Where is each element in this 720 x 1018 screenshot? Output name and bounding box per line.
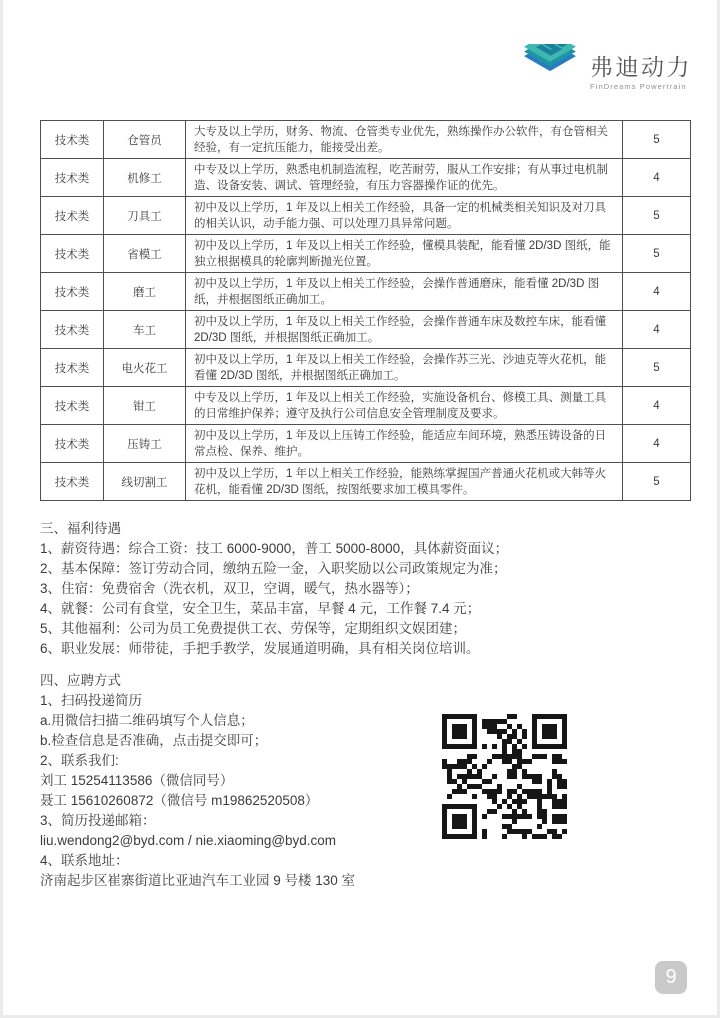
cell-position: 机修工 bbox=[104, 159, 186, 197]
cell-requirements: 初中及以上学历，1 年及以上相关工作经验，会操作普通磨床，能看懂 2D/3D 图… bbox=[186, 273, 623, 311]
cell-category: 技术类 bbox=[41, 349, 104, 387]
cell-headcount: 4 bbox=[623, 159, 691, 197]
apply-line: 1、扫码投递简历 bbox=[40, 691, 685, 711]
cell-headcount: 5 bbox=[623, 197, 691, 235]
apply-line: 4、联系地址： bbox=[40, 851, 685, 871]
cell-category: 技术类 bbox=[41, 121, 104, 159]
table-row: 技术类 钳工 中专及以上学历，1 年及以上相关工作经验，实施设备机台、修模工具、… bbox=[41, 387, 691, 425]
cell-position: 车工 bbox=[104, 311, 186, 349]
welfare-item: 6、职业发展：师带徒，手把手教学，发展通道明确，具有相关岗位培训。 bbox=[40, 639, 685, 659]
table-row: 技术类 车工 初中及以上学历，1 年及以上相关工作经验，会操作普通车床及数控车床… bbox=[41, 311, 691, 349]
cell-headcount: 4 bbox=[623, 311, 691, 349]
cell-requirements: 初中及以上学历，1 年及以上相关工作经验，会操作普通车床及数控车床，能看懂 2D… bbox=[186, 311, 623, 349]
table-row: 技术类 机修工 中专及以上学历，熟悉电机制造流程，吃苦耐劳，服从工作安排；有从事… bbox=[41, 159, 691, 197]
cell-position: 仓管员 bbox=[104, 121, 186, 159]
cell-position: 压铸工 bbox=[104, 425, 186, 463]
apply-line: liu.wendong2@byd.com / nie.xiaoming@byd.… bbox=[40, 831, 685, 851]
apply-line: 2、联系我们: bbox=[40, 751, 685, 771]
cell-category: 技术类 bbox=[41, 197, 104, 235]
cell-category: 技术类 bbox=[41, 235, 104, 273]
table-row: 技术类 线切割工 初中及以上学历，1 年以上相关工作经验，能熟练掌握国产普通火花… bbox=[41, 463, 691, 501]
cell-headcount: 4 bbox=[623, 425, 691, 463]
welfare-item: 2、基本保障：签订劳动合同，缴纳五险一金，入职奖励以公司政策规定为准； bbox=[40, 559, 685, 579]
table-row: 技术类 仓管员 大专及以上学历，财务、物流、仓管类专业优先，熟练操作办公软件，有… bbox=[41, 121, 691, 159]
logo-subtitle: FinDreams Powertrain bbox=[590, 82, 692, 91]
cell-category: 技术类 bbox=[41, 387, 104, 425]
cell-headcount: 5 bbox=[623, 349, 691, 387]
table-row: 技术类 压铸工 初中及以上学历，1 年及以上压铸工作经验，能适应车间环境，熟悉压… bbox=[41, 425, 691, 463]
table-row: 技术类 省模工 初中及以上学历，1 年及以上相关工作经验，懂模具装配，能看懂 2… bbox=[41, 235, 691, 273]
apply-line: a.用微信扫描二维码填写个人信息； bbox=[40, 711, 685, 731]
table-row: 技术类 磨工 初中及以上学历，1 年及以上相关工作经验，会操作普通磨床，能看懂 … bbox=[41, 273, 691, 311]
welfare-item: 4、就餐：公司有食堂，安全卫生，菜品丰富，早餐 4 元，工作餐 7.4 元； bbox=[40, 599, 685, 619]
cell-category: 技术类 bbox=[41, 425, 104, 463]
apply-line: 刘工 15254113586（微信同号） bbox=[40, 771, 685, 791]
cell-requirements: 大专及以上学历，财务、物流、仓管类专业优先，熟练操作办公软件，有仓管相关经验，有… bbox=[186, 121, 623, 159]
cell-requirements: 中专及以上学历，1 年及以上相关工作经验，实施设备机台、修模工具、测量工具的日常… bbox=[186, 387, 623, 425]
company-logo: 弗迪动力 FinDreams Powertrain bbox=[518, 44, 692, 100]
cell-requirements: 初中及以上学历，1 年及以上相关工作经验，懂模具装配，能看懂 2D/3D 图纸，… bbox=[186, 235, 623, 273]
cell-headcount: 4 bbox=[623, 387, 691, 425]
cell-headcount: 5 bbox=[623, 463, 691, 501]
apply-section-title: 四、应聘方式 bbox=[40, 671, 685, 691]
apply-line: 聂工 15610260872（微信号 m19862520508） bbox=[40, 791, 685, 811]
cell-requirements: 中专及以上学历，熟悉电机制造流程，吃苦耐劳，服从工作安排；有从事过电机制造、设备… bbox=[186, 159, 623, 197]
cell-requirements: 初中及以上学历，1 年及以上相关工作经验，会操作苏三光、沙迪克等火花机，能看懂 … bbox=[186, 349, 623, 387]
cell-position: 钳工 bbox=[104, 387, 186, 425]
cell-category: 技术类 bbox=[41, 311, 104, 349]
cell-requirements: 初中及以上学历，1 年及以上相关工作经验，具备一定的机械类相关知识及对刀具的相关… bbox=[186, 197, 623, 235]
cell-category: 技术类 bbox=[41, 159, 104, 197]
table-row: 技术类 刀具工 初中及以上学历，1 年及以上相关工作经验，具备一定的机械类相关知… bbox=[41, 197, 691, 235]
apply-line: b.检查信息是否准确，点击提交即可； bbox=[40, 731, 685, 751]
welfare-item: 1、薪资待遇：综合工资：技工 6000-9000，普工 5000-8000，具体… bbox=[40, 539, 685, 559]
cell-requirements: 初中及以上学历，1 年及以上压铸工作经验，能适应车间环境，熟悉压铸设备的日常点检… bbox=[186, 425, 623, 463]
apply-section: 四、应聘方式 1、扫码投递简历a.用微信扫描二维码填写个人信息；b.检查信息是否… bbox=[40, 671, 685, 891]
positions-table: 技术类 仓管员 大专及以上学历，财务、物流、仓管类专业优先，熟练操作办公软件，有… bbox=[40, 120, 691, 501]
table-row: 技术类 电火花工 初中及以上学历，1 年及以上相关工作经验，会操作苏三光、沙迪克… bbox=[41, 349, 691, 387]
page-edge-left bbox=[0, 0, 3, 1018]
cell-headcount: 5 bbox=[623, 121, 691, 159]
cell-position: 磨工 bbox=[104, 273, 186, 311]
qr-code-pattern bbox=[442, 714, 567, 839]
cell-headcount: 4 bbox=[623, 273, 691, 311]
cell-category: 技术类 bbox=[41, 273, 104, 311]
apply-line: 济南起步区崔寨街道比亚迪汽车工业园 9 号楼 130 室 bbox=[40, 871, 685, 891]
cell-position: 电火花工 bbox=[104, 349, 186, 387]
logo-mark-icon bbox=[518, 44, 582, 100]
welfare-item: 5、其他福利：公司为员工免费提供工衣、劳保等，定期组织文娱团建； bbox=[40, 619, 685, 639]
welfare-item: 3、住宿：免费宿舍（洗衣机，双卫，空调，暖气，热水器等）； bbox=[40, 579, 685, 599]
document-page: 弗迪动力 FinDreams Powertrain 技术类 仓管员 大专及以上学… bbox=[0, 0, 720, 1018]
page-number-badge: 9 bbox=[655, 961, 687, 994]
cell-position: 线切割工 bbox=[104, 463, 186, 501]
welfare-section: 三、福利待遇 1、薪资待遇：综合工资：技工 6000-9000，普工 5000-… bbox=[40, 519, 685, 659]
welfare-section-title: 三、福利待遇 bbox=[40, 519, 685, 539]
cell-headcount: 5 bbox=[623, 235, 691, 273]
apply-line: 3、简历投递邮箱： bbox=[40, 811, 685, 831]
cell-position: 刀具工 bbox=[104, 197, 186, 235]
cell-position: 省模工 bbox=[104, 235, 186, 273]
qr-code bbox=[438, 710, 571, 843]
cell-requirements: 初中及以上学历，1 年以上相关工作经验，能熟练掌握国产普通火花机或大韩等火花机，… bbox=[186, 463, 623, 501]
logo-title: 弗迪动力 bbox=[590, 54, 692, 80]
cell-category: 技术类 bbox=[41, 463, 104, 501]
